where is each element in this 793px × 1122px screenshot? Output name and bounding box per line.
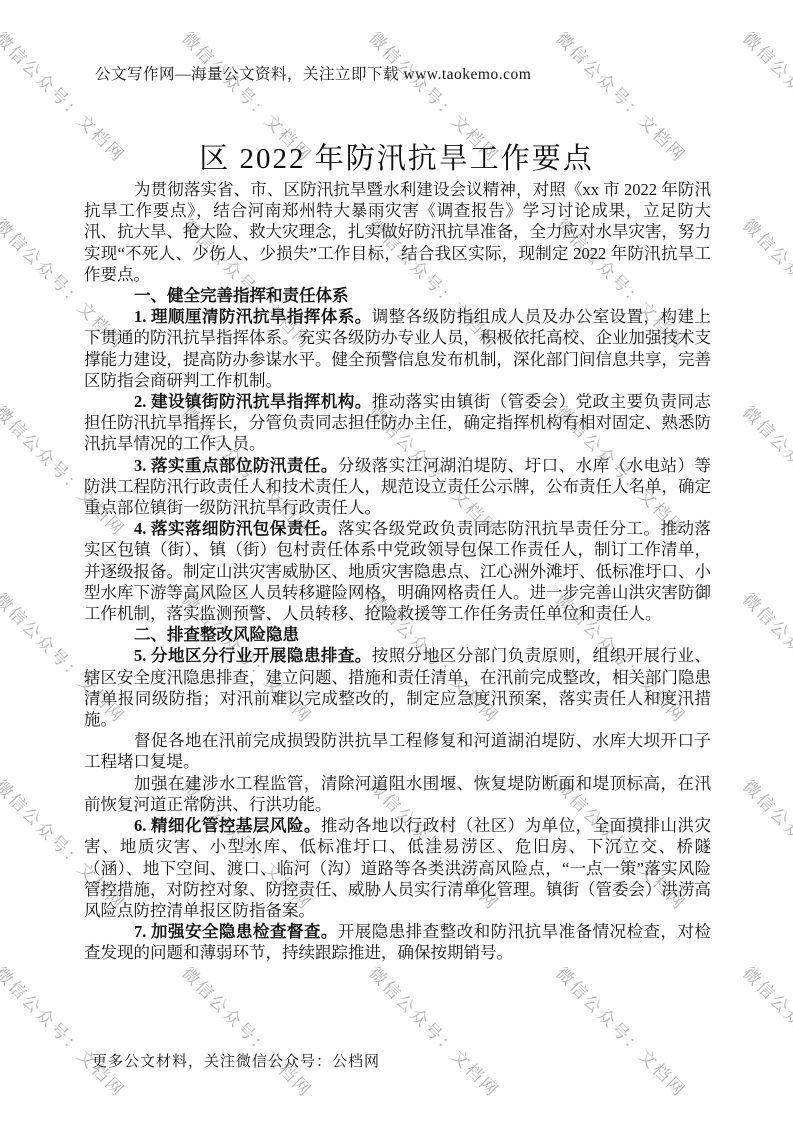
watermark-text: 微信公众号：文档网 [738, 960, 793, 1102]
paragraph-lead: 7. 加强安全隐患检查督查。 [134, 922, 338, 941]
section-heading: 二、排查整改风险隐患 [84, 624, 711, 645]
watermark-text: 微信公众号：文档网 [738, 399, 793, 541]
paragraph-text: 为贯彻落实省、市、区防汛抗旱暨水利建设会议精神，对照《xx 市 2022 年防汛… [84, 180, 711, 284]
paragraph-lead: 3. 落实重点部位防汛责任。 [134, 456, 338, 475]
watermark-text: 微信公众号：文档网 [177, 960, 319, 1102]
watermark-text: 微信公众号：文档网 [0, 960, 132, 1102]
watermark-text: 微信公众号：文档网 [738, 586, 793, 728]
doc-header: 公文写作网—海量公文资料，关注立即下载 www.taokemo.com [95, 62, 531, 84]
paragraph: 督促各地在汛前完成损毁防洪抗旱工程修复和河道湖泊堤防、水库大坝开口子工程堵口复堤… [84, 730, 711, 772]
watermark-text: 微信公众号：文档网 [738, 212, 793, 354]
paragraph: 2. 建设镇街防汛抗旱指挥机构。推动落实由镇街（管委会）党政主要负责同志担任防汛… [84, 391, 711, 455]
paragraph-lead: 4. 落实落细防汛包保责任。 [134, 519, 338, 538]
paragraph: 为贯彻落实省、市、区防汛抗旱暨水利建设会议精神，对照《xx 市 2022 年防汛… [84, 179, 711, 285]
doc-title: 区 2022 年防汛抗旱工作要点 [0, 136, 793, 177]
watermark-text: 微信公众号：文档网 [551, 960, 693, 1102]
paragraph-text: 督促各地在汛前完成损毁防洪抗旱工程修复和河道湖泊堤防、水库大坝开口子工程堵口复堤… [84, 731, 711, 771]
watermark-text: 微信公众号：文档网 [738, 773, 793, 915]
paragraph-lead: 6. 精细化管控基层风险。 [134, 816, 321, 835]
paragraph-lead: 2. 建设镇街防汛抗旱指挥机构。 [134, 392, 372, 411]
paragraph-lead: 5. 分地区分行业开展隐患排查。 [134, 646, 372, 665]
doc-body: 为贯彻落实省、市、区防汛抗旱暨水利建设会议精神，对照《xx 市 2022 年防汛… [84, 179, 711, 964]
watermark-text: 微信公众号：文档网 [364, 960, 506, 1102]
paragraph: 3. 落实重点部位防汛责任。分级落实江河湖泊堤防、圩口、水库（水电站）等防洪工程… [84, 455, 711, 519]
paragraph-lead: 1. 理顺厘清防汛抗旱指挥体系。 [134, 307, 372, 326]
paragraph: 5. 分地区分行业开展隐患排查。按照分地区分部门负责原则，组织开展行业、辖区安全… [84, 645, 711, 730]
paragraph-text: 加强在建涉水工程监管，清除河道阻水围堰、恢复堤防断面和堤顶标高，在汛前恢复河道正… [84, 774, 711, 814]
section-heading: 一、健全完善指挥和责任体系 [84, 285, 711, 306]
paragraph: 7. 加强安全隐患检查督查。开展隐患排查整改和防汛抗旱准备情况检查，对检查发现的… [84, 921, 711, 963]
paragraph: 4. 落实落细防汛包保责任。落实各级党政负责同志防汛抗旱责任分工。推动落实区包镇… [84, 518, 711, 624]
document-page: 微信公众号：文档网微信公众号：文档网微信公众号：文档网微信公众号：文档网微信公众… [0, 0, 793, 1122]
paragraph: 1. 理顺厘清防汛抗旱指挥体系。调整各级防指组成人员及办公室设置，构建上下贯通的… [84, 306, 711, 391]
doc-footer: 更多公文材料，关注微信公众号：公档网 [92, 1050, 380, 1071]
paragraph: 6. 精细化管控基层风险。推动各地以行政村（社区）为单位，全面摸排山洪灾害、地质… [84, 815, 711, 921]
paragraph: 加强在建涉水工程监管，清除河道阻水围堰、恢复堤防断面和堤顶标高，在汛前恢复河道正… [84, 773, 711, 815]
